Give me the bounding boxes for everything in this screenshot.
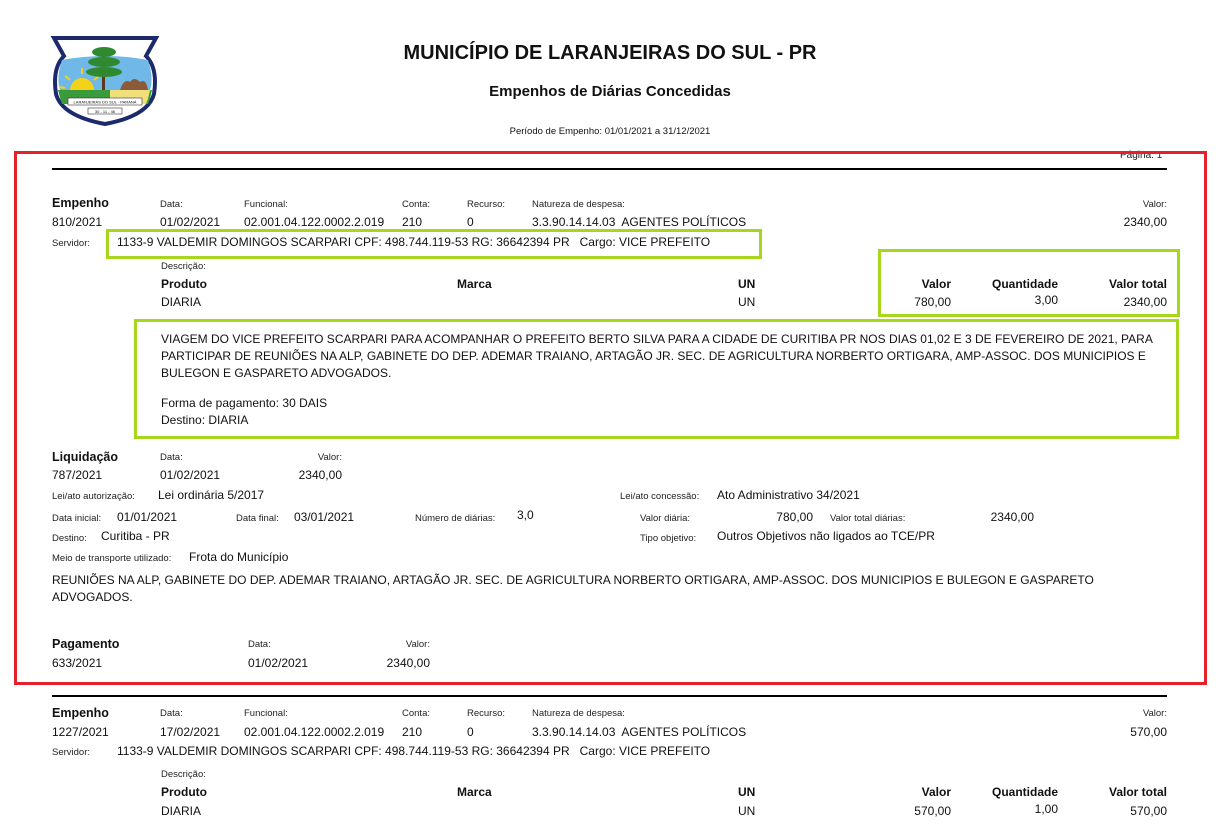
data-inicial-label: Data inicial: bbox=[52, 513, 101, 524]
pagamento-date: 01/02/2021 bbox=[248, 656, 308, 670]
funcional-label: Funcional: bbox=[244, 708, 288, 719]
servidor-label: Servidor: bbox=[52, 747, 90, 758]
servidor-label: Servidor: bbox=[52, 238, 90, 249]
quantidade-header: Quantidade bbox=[958, 277, 1058, 291]
lei-autorizacao-label: Lei/ato autorização: bbox=[52, 491, 135, 502]
marca-header: Marca bbox=[457, 277, 492, 291]
marca-header: Marca bbox=[457, 785, 492, 799]
report-title: MUNICÍPIO DE LARANJEIRAS DO SUL - PR bbox=[0, 42, 1220, 65]
data-inicial-value: 01/01/2021 bbox=[117, 510, 177, 524]
pagamento-value: 2340,00 bbox=[330, 656, 430, 670]
item-produto: DIARIA bbox=[161, 804, 201, 818]
numero-diarias-value: 3,0 bbox=[517, 508, 534, 522]
item-un: UN bbox=[738, 804, 755, 818]
empenho-number: 810/2021 bbox=[52, 215, 102, 229]
recurso-value: 0 bbox=[467, 725, 474, 739]
lei-concessao-label: Lei/ato concessão: bbox=[620, 491, 699, 502]
svg-text:LARANJEIRAS DO SUL - PARANÁ: LARANJEIRAS DO SUL - PARANÁ bbox=[74, 100, 137, 105]
forma-pagamento: Forma de pagamento: 30 DAIS bbox=[161, 396, 327, 410]
description-text: VIAGEM DO VICE PREFEITO SCARPARI PARA AC… bbox=[161, 331, 1161, 382]
conta-label: Conta: bbox=[402, 199, 430, 210]
liquidacao-observacao: REUNIÕES NA ALP, GABINETE DO DEP. ADEMAR… bbox=[52, 572, 1172, 606]
produto-header: Produto bbox=[161, 785, 207, 799]
valor-diaria-label: Valor diária: bbox=[640, 513, 690, 524]
meio-transporte-value: Frota do Município bbox=[189, 550, 288, 564]
pagamento-valor-label: Valor: bbox=[330, 639, 430, 650]
servidor-value: 1133-9 VALDEMIR DOMINGOS SCARPARI CPF: 4… bbox=[117, 744, 710, 758]
produto-header: Produto bbox=[161, 277, 207, 291]
item-un: UN bbox=[738, 295, 755, 309]
liquidacao-number: 787/2021 bbox=[52, 468, 102, 482]
descricao-label: Descrição: bbox=[161, 261, 206, 272]
valor-header: Valor bbox=[851, 277, 951, 291]
valor-diaria-value: 780,00 bbox=[713, 510, 813, 524]
un-header: UN bbox=[738, 785, 755, 799]
pagamento-data-label: Data: bbox=[248, 639, 271, 650]
svg-text:30 - 11 - 46: 30 - 11 - 46 bbox=[95, 109, 116, 114]
item-valor-total: 570,00 bbox=[1067, 804, 1167, 818]
destino-description: Destino: DIARIA bbox=[161, 413, 248, 427]
recurso-label: Recurso: bbox=[467, 708, 505, 719]
tipo-objetivo-label: Tipo objetivo: bbox=[640, 533, 696, 544]
destino-value: Curitiba - PR bbox=[101, 529, 170, 543]
data-final-value: 03/01/2021 bbox=[294, 510, 354, 524]
empenho-date: 01/02/2021 bbox=[160, 215, 220, 229]
liquidacao-label: Liquidação bbox=[52, 450, 118, 464]
valor-label: Valor: bbox=[1067, 199, 1167, 210]
liquidacao-data-label: Data: bbox=[160, 452, 183, 463]
valor-total-header: Valor total bbox=[1067, 785, 1167, 799]
quantidade-header: Quantidade bbox=[958, 785, 1058, 799]
descricao-label: Descrição: bbox=[161, 769, 206, 780]
un-header: UN bbox=[738, 277, 755, 291]
funcional-label: Funcional: bbox=[244, 199, 288, 210]
empenho-value: 2340,00 bbox=[1067, 215, 1167, 229]
item-valor: 570,00 bbox=[851, 804, 951, 818]
liquidacao-value: 2340,00 bbox=[242, 468, 342, 482]
natureza-value: 3.3.90.14.14.03 AGENTES POLÍTICOS bbox=[532, 215, 746, 229]
item-quantidade: 3,00 bbox=[958, 293, 1058, 307]
data-label: Data: bbox=[160, 199, 183, 210]
data-label: Data: bbox=[160, 708, 183, 719]
destino-label: Destino: bbox=[52, 533, 87, 544]
numero-diarias-label: Número de diárias: bbox=[415, 513, 495, 524]
pagamento-number: 633/2021 bbox=[52, 656, 102, 670]
pagamento-label: Pagamento bbox=[52, 637, 119, 651]
meio-transporte-label: Meio de transporte utilizado: bbox=[52, 553, 171, 564]
liquidacao-date: 01/02/2021 bbox=[160, 468, 220, 482]
divider bbox=[52, 695, 1167, 697]
liquidacao-valor-label: Valor: bbox=[242, 452, 342, 463]
conta-label: Conta: bbox=[402, 708, 430, 719]
servidor-value: 1133-9 VALDEMIR DOMINGOS SCARPARI CPF: 4… bbox=[117, 235, 710, 249]
item-quantidade: 1,00 bbox=[958, 802, 1058, 816]
empenho-label: Empenho bbox=[52, 706, 109, 720]
conta-value: 210 bbox=[402, 725, 422, 739]
empenho-number: 1227/2021 bbox=[52, 725, 109, 739]
report-subtitle: Empenhos de Diárias Concedidas bbox=[0, 83, 1220, 100]
empenho-date: 17/02/2021 bbox=[160, 725, 220, 739]
empenho-value: 570,00 bbox=[1067, 725, 1167, 739]
empenho-label: Empenho bbox=[52, 196, 109, 210]
recurso-label: Recurso: bbox=[467, 199, 505, 210]
valor-label: Valor: bbox=[1067, 708, 1167, 719]
conta-value: 210 bbox=[402, 215, 422, 229]
funcional-value: 02.001.04.122.0002.2.019 bbox=[244, 725, 384, 739]
valor-header: Valor bbox=[851, 785, 951, 799]
data-final-label: Data final: bbox=[236, 513, 279, 524]
lei-concessao-value: Ato Administrativo 34/2021 bbox=[717, 488, 860, 502]
item-valor-total: 2340,00 bbox=[1067, 295, 1167, 309]
valor-total-diarias-label: Valor total diárias: bbox=[830, 513, 905, 524]
funcional-value: 02.001.04.122.0002.2.019 bbox=[244, 215, 384, 229]
natureza-value: 3.3.90.14.14.03 AGENTES POLÍTICOS bbox=[532, 725, 746, 739]
recurso-value: 0 bbox=[467, 215, 474, 229]
item-produto: DIARIA bbox=[161, 295, 201, 309]
tipo-objetivo-value: Outros Objetivos não ligados ao TCE/PR bbox=[717, 529, 935, 543]
valor-total-header: Valor total bbox=[1067, 277, 1167, 291]
natureza-label: Natureza de despesa: bbox=[532, 199, 625, 210]
report-period: Período de Empenho: 01/01/2021 a 31/12/2… bbox=[0, 126, 1220, 137]
valor-total-diarias-value: 2340,00 bbox=[934, 510, 1034, 524]
natureza-label: Natureza de despesa: bbox=[532, 708, 625, 719]
lei-autorizacao-value: Lei ordinária 5/2017 bbox=[158, 488, 264, 502]
item-valor: 780,00 bbox=[851, 295, 951, 309]
